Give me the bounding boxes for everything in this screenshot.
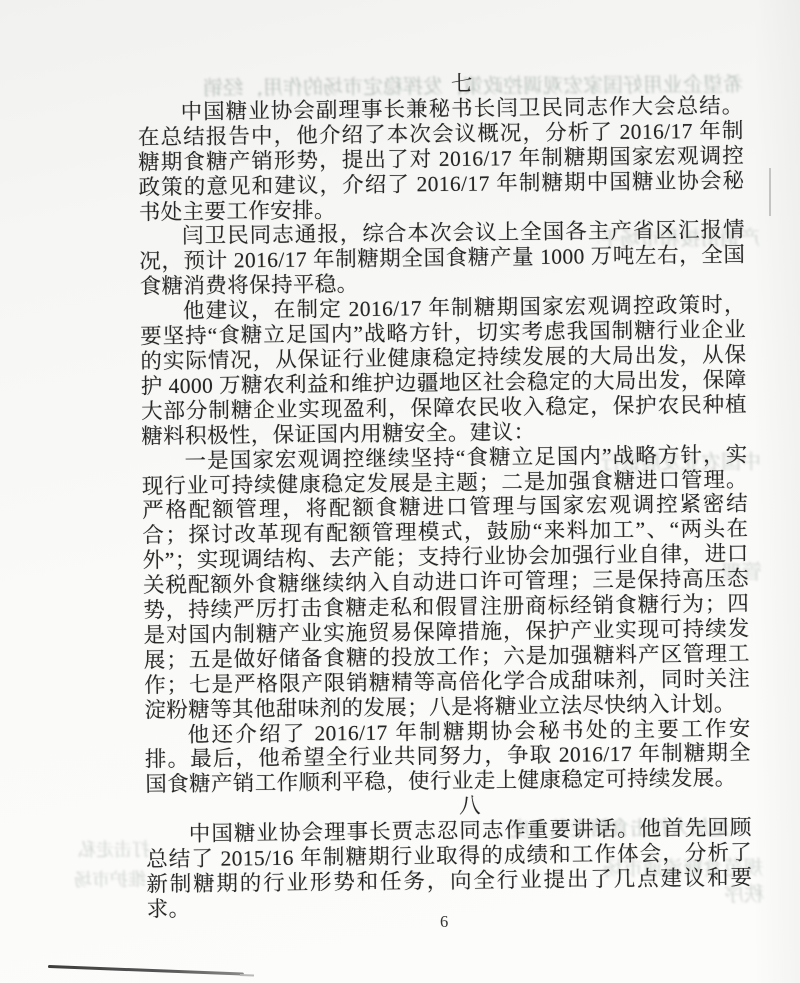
document-text-block: 七 中国糖业协会副理事长兼秘书长闫卫民同志作大会总结。在总结报告中，他介绍了本次… (137, 69, 753, 923)
paragraph-secretariat-plan: 他还介绍了 2016/17 年制糖期协会秘书处的主要工作安排。最后，他希望全行业… (145, 716, 752, 798)
paragraph-policy-suggestion: 他建议，在制定 2016/17 年制糖期国家宏观调控政策时，要坚持“食糖立足国内… (140, 293, 748, 449)
paragraph-production-forecast: 闫卫民同志通报，综合本次会议上全国各主产省区汇报情况，预计 2016/17 年制… (139, 218, 746, 300)
bleedthrough-text: 打击走私 (54, 836, 150, 863)
paragraph-chairman-speech: 中国糖业协会理事长贾志忍同志作重要讲话。他首先回顾总结了 2015/16 年制糖… (146, 816, 753, 922)
scanned-document-page: 希望企业用好国家宏观调控政策，发挥稳定市场的作用，经销 产销衔接和市场平稳 中国… (0, 0, 800, 983)
scan-edge-artifact-shadow (240, 974, 254, 977)
paragraph-summary-intro: 中国糖业协会副理事长兼秘书长闫卫民同志作大会总结。在总结报告中，他介绍了本次会议… (137, 93, 744, 224)
scan-scratch-artifact (769, 168, 771, 216)
scan-edge-artifact (48, 965, 244, 976)
page-number: 6 (400, 912, 530, 932)
bleedthrough-text: 维护市场 (58, 866, 146, 893)
paragraph-eight-point-proposal: 一是国家宏观调控继续坚持“食糖立足国内”战略方针，实现行业可持续健康稳定发展是主… (141, 442, 750, 723)
